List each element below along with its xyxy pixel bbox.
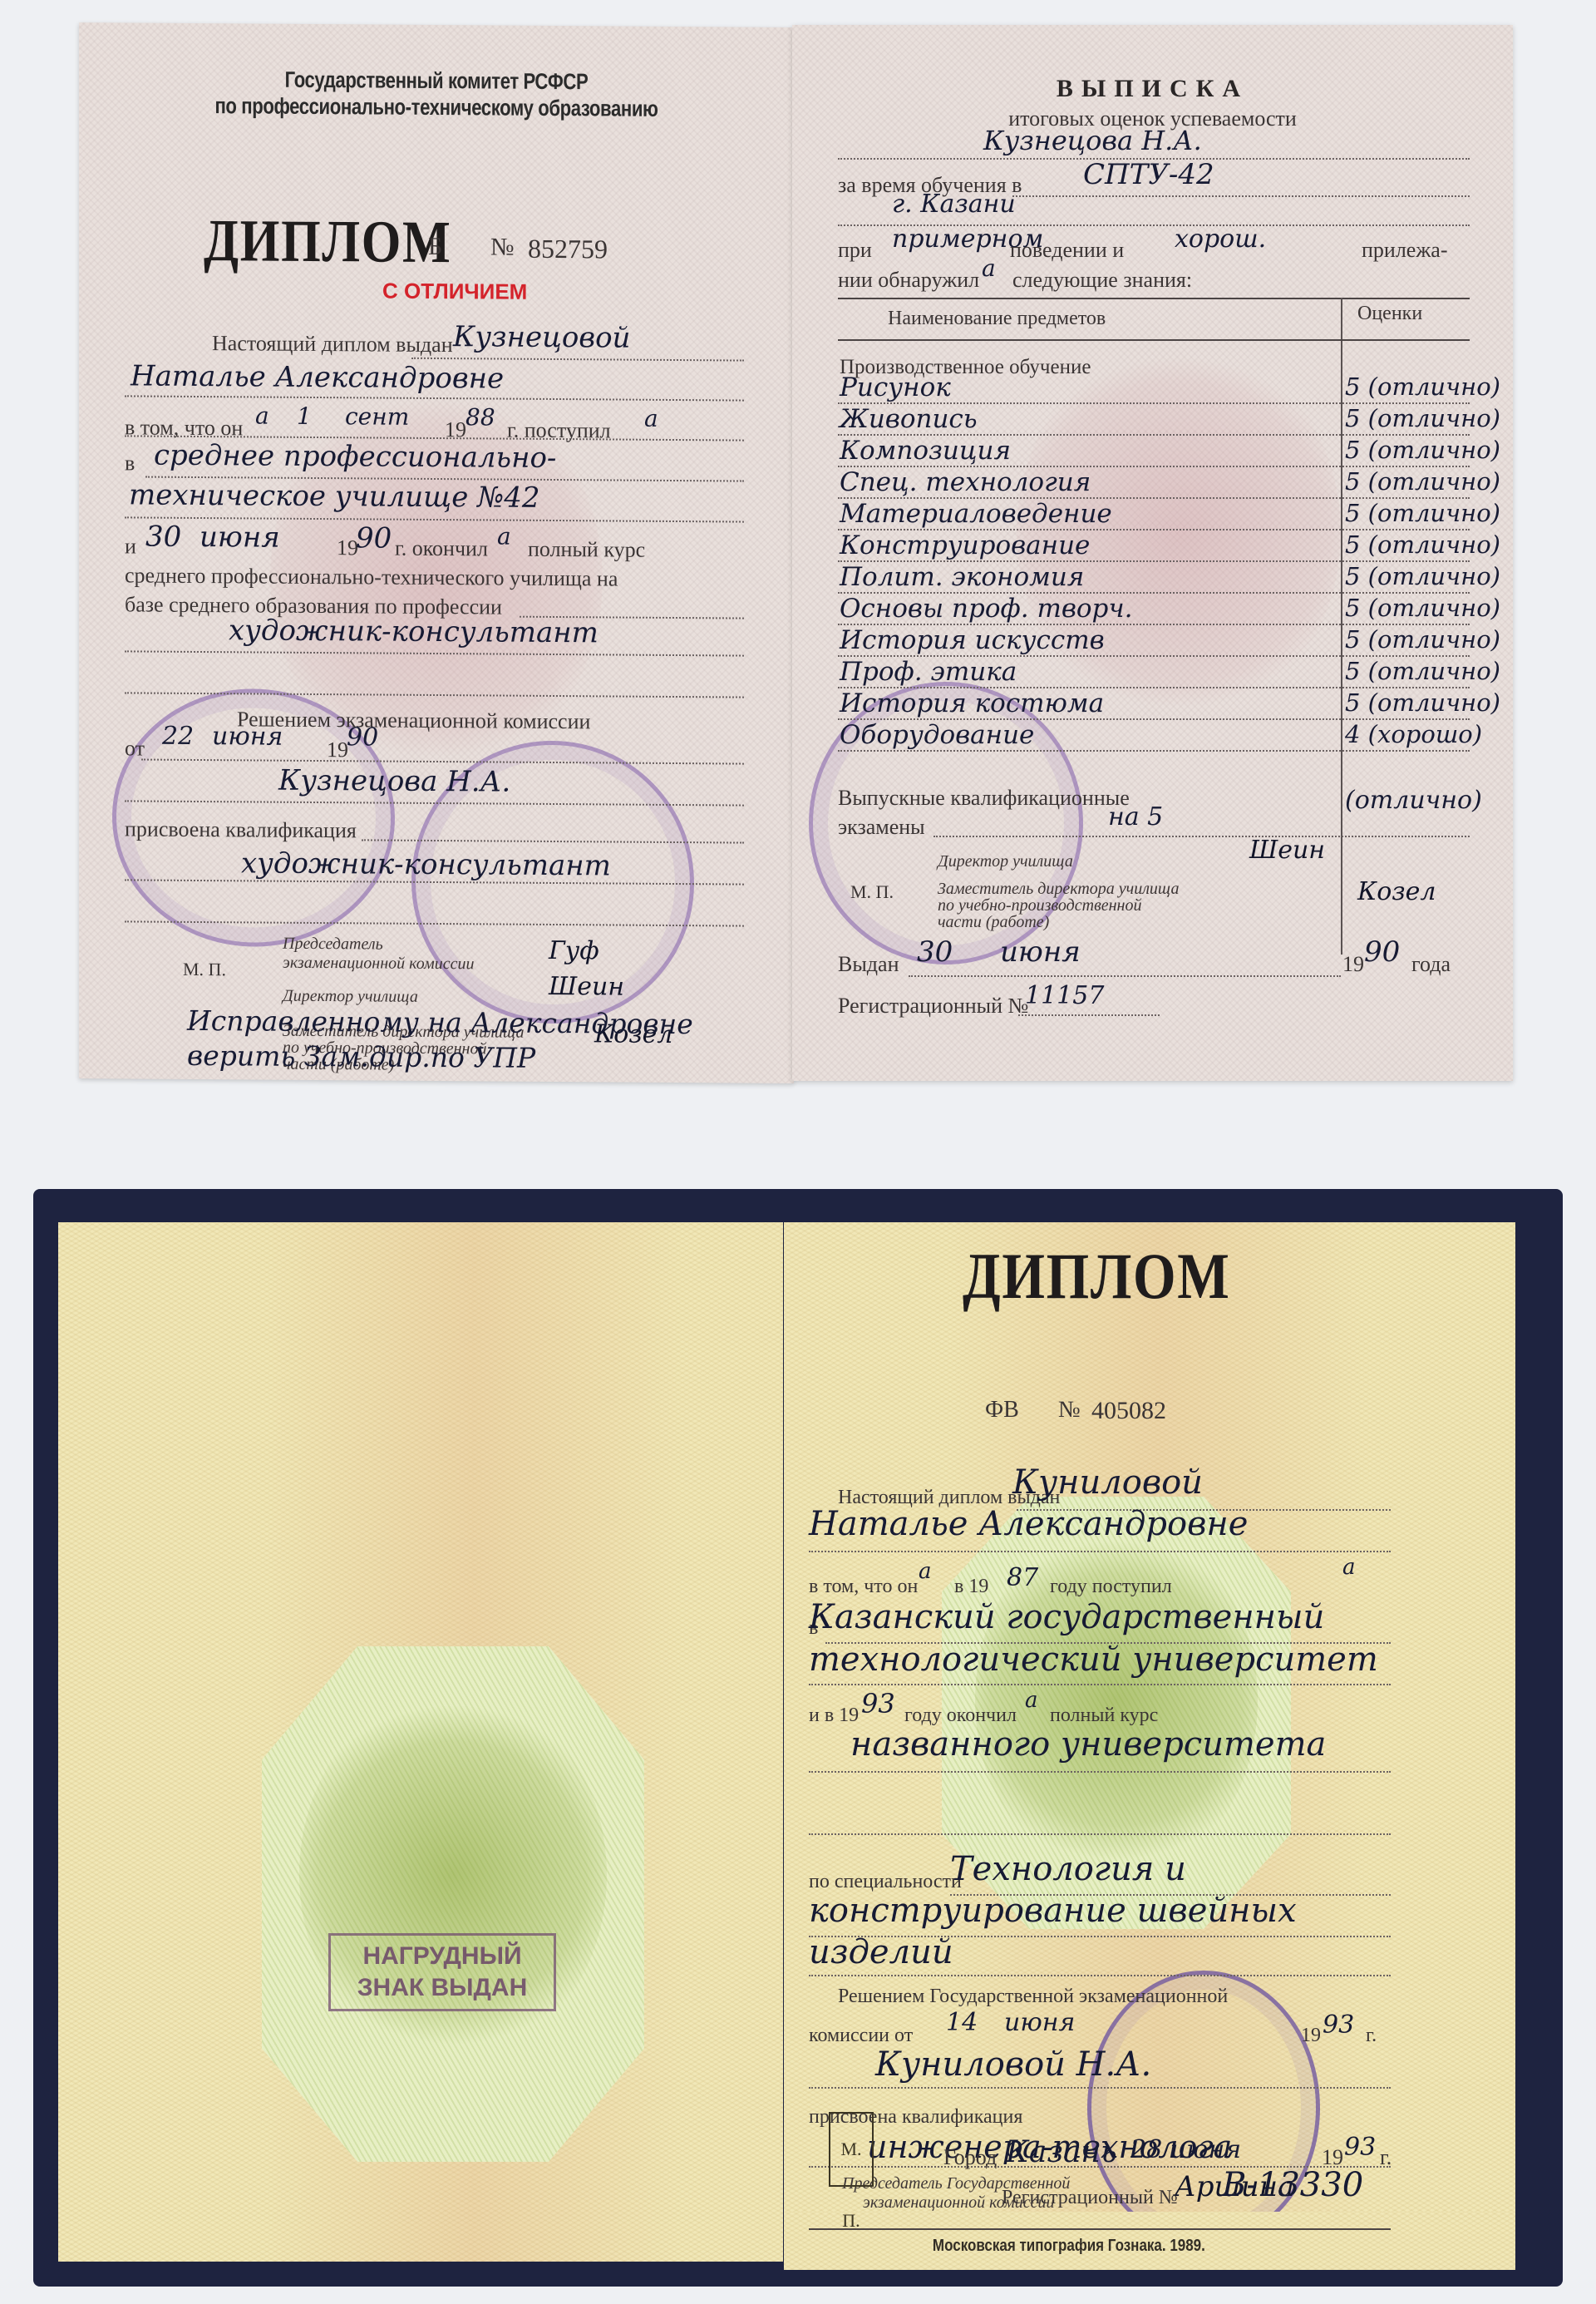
correction-note-line-2: верить Зам.дир.по УПР xyxy=(187,1039,535,1074)
finished-text: г. окончил xyxy=(395,536,488,562)
finished-month: июня xyxy=(199,520,280,555)
grades-table-row: Полит. экономия5 (отлично) xyxy=(838,562,1470,592)
graduate-short-name: Кузнецова Н.А. xyxy=(278,764,510,799)
extract-title: ВЫПИСКА xyxy=(792,75,1513,103)
decision-year-prefix: 19 xyxy=(327,738,348,762)
top-diploma: Государственный комитет РСФСР по професс… xyxy=(79,25,1513,1081)
extract-student: Кузнецова Н.А. xyxy=(983,125,1202,156)
city-value: Казань xyxy=(1006,2135,1117,2169)
specialty-line-2: конструирование швейных xyxy=(809,1892,1297,1930)
subject-name: Материаловедение xyxy=(840,499,1112,529)
graduate-short-name: Куниловой Н.А. xyxy=(875,2045,1151,2084)
director-signature: Шеин xyxy=(549,972,624,1002)
reg-label: Регистрационный № xyxy=(838,994,1028,1019)
recipient-name: Наталье Александровне xyxy=(809,1505,1248,1543)
issuer-line-2: по профессионально-техническому образова… xyxy=(164,93,709,123)
profession-value: художник-консультант xyxy=(229,614,598,649)
finished-tail: полный курс xyxy=(528,537,645,563)
chair-label-2: экзаменационной комиссии xyxy=(283,954,474,974)
diligence-post: прилежа- xyxy=(1362,238,1448,263)
specialty-line-3: изделий xyxy=(809,1933,953,1971)
seal-place-label: М. П. xyxy=(183,959,226,980)
col-subjects-header: Наименование предметов xyxy=(888,308,1106,330)
reg-number: 11157 xyxy=(1025,981,1104,1010)
qualification-label: присвоена квалификация xyxy=(125,817,357,843)
subject-grade: 5 (отлично) xyxy=(1345,499,1500,527)
grades-table-row: Живопись5 (отлично) xyxy=(838,404,1470,434)
enrolled-in: в 19 xyxy=(954,1576,988,1598)
issued-day: 30 xyxy=(917,935,953,969)
enrolled-year-prefix: 19 xyxy=(445,417,466,442)
subject-name: Рисунок xyxy=(840,372,951,402)
grades-table-row: Конструирование5 (отлично) xyxy=(838,530,1470,560)
number-label: № xyxy=(1058,1397,1081,1423)
decision-month: июня xyxy=(1004,2008,1075,2037)
honors-label: С ОТЛИЧИЕМ xyxy=(382,279,527,305)
subject-grade: 5 (отлично) xyxy=(1345,594,1500,622)
enrolled-year: 88 xyxy=(465,403,495,431)
university-line-2: технологический университет xyxy=(809,1640,1378,1679)
enrolled-text: году поступил xyxy=(1050,1576,1172,1598)
decision-label: Решением экзаменационной комиссии xyxy=(237,707,590,734)
deputy-label-3: части (работе) xyxy=(938,913,1049,932)
diploma-series: Б xyxy=(428,233,442,261)
grades-table-row: Материаловедение5 (отлично) xyxy=(838,499,1470,529)
finished-year: 90 xyxy=(356,521,392,555)
decision-year: 93 xyxy=(1323,2010,1354,2040)
subject-name: История костюма xyxy=(840,688,1104,718)
subject-grade: 5 (отлично) xyxy=(1345,657,1500,685)
subject-grade: 4 (хорошо) xyxy=(1345,720,1482,748)
chair-label-1: Председатель xyxy=(283,935,383,955)
recipient-surname: Кузнецовой xyxy=(453,320,630,354)
issued-month: июня xyxy=(1000,935,1081,969)
grades-table-row: История искусств5 (отлично) xyxy=(838,625,1470,655)
subject-grade: 5 (отлично) xyxy=(1345,436,1500,464)
subject-name: Спец. технология xyxy=(840,467,1091,497)
behavior-mid: поведении и xyxy=(1010,238,1124,263)
col-grades-header: Оценки xyxy=(1357,303,1422,325)
finished-year: 93 xyxy=(861,1688,895,1719)
school-abbrev: СПТУ-42 xyxy=(1083,158,1214,191)
bottom-diploma-right-page: ДИПЛОМ ФВ № 405082 Настоящий диплом выда… xyxy=(784,1222,1515,2262)
subject-grade: 5 (отлично) xyxy=(1345,562,1500,590)
grades-table-row: Основы проф. творч.5 (отлично) xyxy=(838,594,1470,624)
badge-issued-stamp: НАГРУДНЫЙ ЗНАК ВЫДАН xyxy=(328,1933,556,2011)
bottom-diploma-footer-area: Московская типография Гознака. 1989. xyxy=(784,2212,1515,2270)
subject-grade: 5 (отлично) xyxy=(1345,625,1500,654)
issued-label: Выдан xyxy=(838,952,899,977)
enrolled-suffix: а xyxy=(919,1559,932,1584)
grades-table-row: Рисунок5 (отлично) xyxy=(838,372,1470,402)
printer-imprint: Московская типография Гознака. 1989. xyxy=(933,2237,1205,2256)
enrolled-text: г. поступил xyxy=(507,418,611,444)
finished-day: 30 xyxy=(145,520,181,554)
subject-name: Оборудование xyxy=(840,720,1034,750)
subject-name: Композиция xyxy=(840,436,1011,466)
exams-label-2: экзамены xyxy=(838,815,925,840)
chair-signature: Гуф xyxy=(549,936,599,965)
issued-year-suffix: года xyxy=(1411,952,1451,977)
in-label: в xyxy=(125,451,135,476)
decision-year-prefix: 19 xyxy=(1301,2025,1321,2047)
subject-grade: 5 (отлично) xyxy=(1345,372,1500,401)
subject-name: История искусств xyxy=(840,625,1105,655)
issued-to-label: Настоящий диплом выдан xyxy=(212,331,453,358)
enrolled-text-suffix: а xyxy=(1342,1555,1356,1580)
decision-day: 22 xyxy=(162,722,194,751)
diploma-title: ДИПЛОМ xyxy=(204,206,451,277)
course-line-1: среднего профессионально-технического уч… xyxy=(125,563,618,591)
qualification-value: художник-консультант xyxy=(241,846,611,882)
specialty-label: по специальности xyxy=(809,1871,962,1893)
director-label: Директор училища xyxy=(283,987,418,1007)
diploma-title: ДИПЛОМ xyxy=(963,1239,1231,1314)
subject-name: Основы проф. творч. xyxy=(840,594,1133,624)
decision-year-suffix: г. xyxy=(1366,2025,1377,2047)
badge-stamp-line-2: ЗНАК ВЫДАН xyxy=(342,1972,542,2004)
grades-table-row: История костюма5 (отлично) xyxy=(838,688,1470,718)
named-university: названного университета xyxy=(850,1725,1326,1764)
enrolled-month: сент xyxy=(345,402,409,431)
reg-number: В-13330 xyxy=(1222,2166,1363,2204)
finished-suffix: а xyxy=(497,523,511,550)
bottom-diploma: НАГРУДНЫЙ ЗНАК ВЫДАН ДИПЛОМ ФВ № 405082 … xyxy=(33,1189,1563,2287)
finished-tail: полный курс xyxy=(1050,1705,1158,1727)
subject-grade: 5 (отлично) xyxy=(1345,467,1500,496)
finished-prefix: и в 19 xyxy=(809,1705,859,1727)
decision-day: 14 xyxy=(946,2008,978,2037)
seal-place-label: М. П. xyxy=(850,881,894,903)
enrolled-label: в том, что он xyxy=(809,1576,918,1598)
knowledge-label: нии обнаружил xyxy=(838,268,979,293)
number-label: № xyxy=(490,233,515,261)
top-diploma-left-page: Государственный комитет РСФСР по професс… xyxy=(79,22,794,1083)
issued-year-prefix: 19 xyxy=(1342,952,1364,977)
city-year-suffix: г. xyxy=(1380,2145,1392,2170)
diploma-number: 405082 xyxy=(1091,1397,1166,1425)
subject-grade: 5 (отлично) xyxy=(1345,688,1500,717)
school-city: г. Казани xyxy=(892,190,1016,219)
deputy-signature: Козел xyxy=(1357,877,1436,906)
bottom-diploma-left-page: НАГРУДНЫЙ ЗНАК ВЫДАН xyxy=(58,1222,783,2262)
knowledge-suffix: а xyxy=(982,254,996,282)
subject-grade: 5 (отлично) xyxy=(1345,404,1500,432)
grades-table-row: Спец. технология5 (отлично) xyxy=(838,467,1470,497)
city-date: 28 июня xyxy=(1130,2135,1241,2164)
decision-label-2: комиссии от xyxy=(809,2025,913,2047)
recipient-surname: Куниловой xyxy=(1012,1463,1203,1502)
decision-label-1: Решением Государственной экзаменационной xyxy=(838,1986,1228,2008)
badge-stamp-line-1: НАГРУДНЫЙ xyxy=(342,1941,542,1972)
university-line-1: Казанский государственный xyxy=(809,1598,1324,1636)
decision-month: июня xyxy=(212,722,283,752)
grades-table-row: Оборудование4 (хорошо) xyxy=(838,720,1470,750)
finished-text: году окончил xyxy=(904,1705,1017,1727)
knowledge-tail: следующие знания: xyxy=(1012,268,1192,293)
recipient-name: Наталье Александровне xyxy=(131,359,504,395)
subject-name: Конструирование xyxy=(840,530,1090,560)
finished-suffix: а xyxy=(1025,1688,1038,1713)
reg-label: Регистрационный № xyxy=(1002,2187,1178,2209)
diploma-series: ФВ xyxy=(985,1397,1019,1423)
enrolled-suffix: а xyxy=(255,402,269,429)
specialty-line-1: Технология и xyxy=(950,1850,1186,1888)
city-label: Город xyxy=(943,2145,997,2170)
subject-name: Проф. этика xyxy=(840,657,1017,687)
correction-note-line-1: Исправленному на Александровне xyxy=(187,1004,693,1040)
and-label: и xyxy=(125,534,136,559)
diploma-number: 852759 xyxy=(528,234,608,265)
subject-grade: 5 (отлично) xyxy=(1345,530,1500,559)
top-diploma-right-page: ВЫПИСКА итоговых оценок успеваемости Куз… xyxy=(792,25,1513,1081)
director-signature: Шеин xyxy=(1249,836,1325,865)
city-year: 93 xyxy=(1344,2133,1376,2162)
grades-table-row: Проф. этика5 (отлично) xyxy=(838,657,1470,687)
subject-name: Полит. экономия xyxy=(840,562,1084,592)
exams-value: на 5 xyxy=(1108,802,1163,831)
enrolled-year: 87 xyxy=(1007,1563,1038,1592)
subject-name: Живопись xyxy=(840,404,978,434)
issued-year: 90 xyxy=(1364,935,1400,969)
school-line-2: техническое училище №42 xyxy=(129,478,540,514)
seal-place-box: М. П. xyxy=(829,2112,874,2187)
decision-year: 90 xyxy=(347,723,378,752)
director-label: Директор училища xyxy=(938,852,1073,871)
grades-table-row: Композиция5 (отлично) xyxy=(838,436,1470,466)
issuer-line-1: Государственный комитет РСФСР xyxy=(185,67,689,96)
exams-grade: (отлично) xyxy=(1345,786,1482,815)
exams-label-1: Выпускные квалификационные xyxy=(838,786,1130,811)
enrolled-text-suffix: а xyxy=(644,405,658,432)
enrolled-label: в том, что он xyxy=(125,415,243,441)
diligence-value: хорош. xyxy=(1175,224,1266,254)
school-line-1: среднее профессионально- xyxy=(154,439,556,475)
from-label: от xyxy=(125,736,145,761)
behavior-pre: при xyxy=(838,238,872,263)
enrolled-day: 1 xyxy=(297,402,312,430)
